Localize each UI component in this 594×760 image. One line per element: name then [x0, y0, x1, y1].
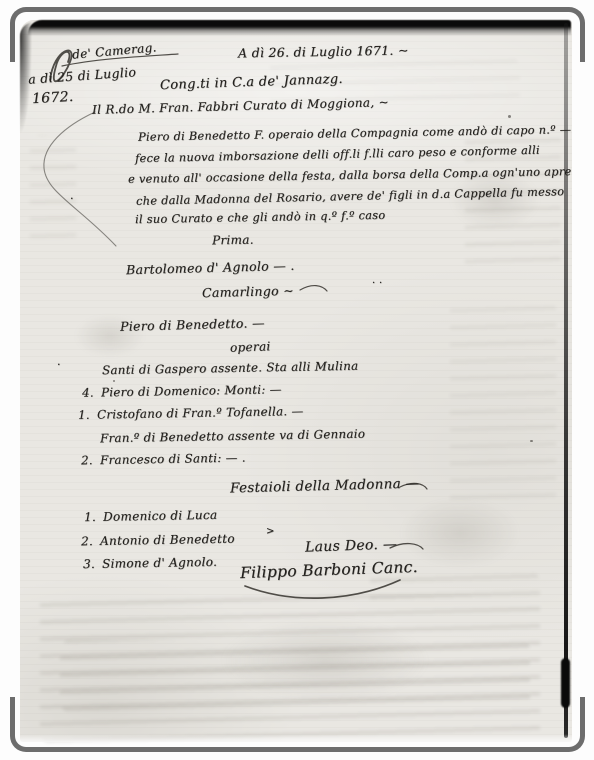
- page-top-edge-shadow: [28, 20, 571, 36]
- manuscript-page: de' Camerag. a dì 25 di Luglio 1672. A d…: [20, 20, 572, 742]
- paper-stain: [400, 498, 520, 568]
- paper-stain: [220, 618, 430, 703]
- member-row: 1. Domenico di Luca: [84, 508, 218, 524]
- camarlingo-name: Bartolomeo d' Agnolo — .: [126, 258, 295, 277]
- page-binding-blot: [561, 658, 570, 708]
- member-name: Francesco di Santi: — .: [100, 451, 246, 468]
- ink-speck: [508, 115, 511, 118]
- prima-label: Prima.: [212, 233, 254, 248]
- member-row: 4. Piero di Domenico: Monti: —: [82, 382, 282, 399]
- member-number: 2.: [81, 453, 94, 467]
- member-row: 3. Simone d' Agnolo.: [83, 555, 217, 571]
- body-line-5: il suo Curato e che gli andò in q.º f.º …: [135, 209, 386, 226]
- page-bottom-fade: [20, 734, 572, 742]
- member-row: 1. Cristofano di Fran.º Tofanella. —: [78, 404, 304, 422]
- camarlingo-title: Camarlingo ~: [202, 283, 294, 300]
- marginalia-line-1: de' Camerag.: [72, 40, 158, 61]
- member-row: Santi di Gaspero assente. Sta alli Mulin…: [102, 359, 359, 377]
- ink-speck: [530, 440, 533, 442]
- laus-deo-line: Laus Deo. —: [305, 536, 398, 555]
- operaio-name: Piero di Benedetto. —: [120, 315, 265, 334]
- member-name: Piero di Domenico: Monti: —: [101, 382, 282, 399]
- double-dot-mark: · ·: [372, 278, 382, 289]
- member-name: Antonio di Benedetto: [100, 532, 235, 548]
- member-row: 2. Antonio di Benedetto: [81, 532, 235, 549]
- member-row: 2. Francesco di Santi: — .: [81, 451, 246, 468]
- member-name: Domenico di Luca: [103, 508, 218, 524]
- bleedthrough-band: [450, 300, 556, 510]
- member-name: Simone d' Agnolo.: [102, 555, 217, 571]
- ink-speck: [113, 380, 115, 382]
- festaioli-header: Festaioli della Madonna —: [230, 476, 420, 497]
- date-line: A dì 26. di Luglio 1671. ~: [238, 43, 409, 61]
- operai-title: operai: [230, 339, 271, 354]
- caret-mark: >: [266, 526, 275, 537]
- member-number: 3.: [83, 557, 96, 571]
- member-name: Santi di Gaspero assente. Sta alli Mulin…: [102, 359, 359, 377]
- member-number: 1.: [84, 510, 97, 524]
- member-row: Fran.º di Benedetto assente va di Gennai…: [100, 427, 365, 446]
- curate-line: Il R.do M. Fran. Fabbri Curato di Moggio…: [92, 95, 389, 117]
- member-number: 2.: [81, 534, 94, 548]
- member-number: 1.: [78, 408, 91, 422]
- member-name: Cristofano di Fran.º Tofanella. —: [97, 404, 304, 422]
- member-name: Fran.º di Benedetto assente va di Gennai…: [100, 427, 365, 446]
- member-number: 4.: [82, 386, 95, 400]
- marginalia-line-2: a dì 25 di Luglio: [28, 64, 137, 87]
- scanned-manuscript-view: de' Camerag. a dì 25 di Luglio 1672. A d…: [0, 0, 594, 760]
- marginalia-line-3: 1672.: [32, 89, 74, 107]
- margin-dot-mark: ·: [70, 192, 74, 205]
- margin-dot-mark: ·: [57, 358, 61, 371]
